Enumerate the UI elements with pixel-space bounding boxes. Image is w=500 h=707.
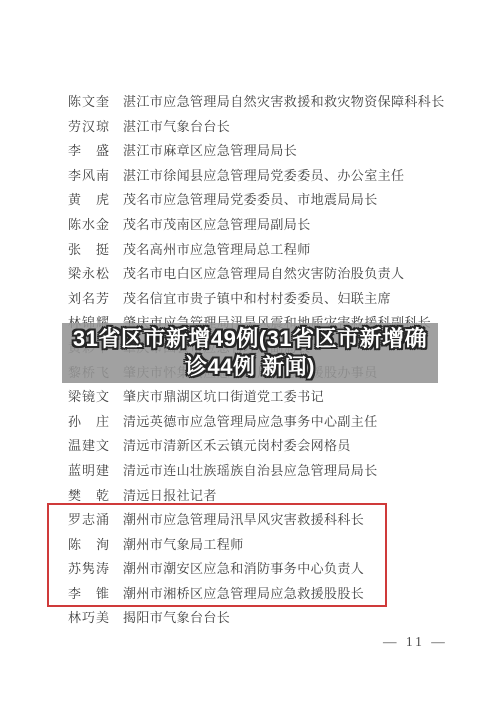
person-name: 陈文奎	[68, 90, 123, 115]
document-page: 陈文奎湛江市应急管理局自然灾害救援和救灾物资保障科科长 劳汉琼湛江市气象台台长 …	[0, 0, 500, 707]
page-number: — 11 —	[383, 634, 448, 650]
person-name: 李风南	[68, 164, 123, 189]
person-title: 潮州市气象局工程师	[123, 533, 244, 558]
list-item: 劳汉琼湛江市气象台台长	[0, 115, 500, 140]
person-title: 湛江市徐闻县应急管理局党委委员、办公室主任	[123, 164, 404, 189]
person-title: 清远市连山壮族瑶族自治县应急管理局局长	[123, 459, 378, 484]
list-item: 陈 洵潮州市气象局工程师	[0, 533, 500, 558]
person-title: 茂名市茂南区应急管理局副局长	[123, 213, 311, 238]
list-item: 梁镜文肇庆市鼎湖区坑口街道党工委书记	[0, 385, 500, 410]
person-name: 劳汉琼	[68, 115, 123, 140]
person-title: 揭阳市气象台台长	[123, 606, 230, 631]
list-item: 林巧美揭阳市气象台台长	[0, 606, 500, 631]
person-name: 林巧美	[68, 606, 123, 631]
person-name: 蓝明建	[68, 459, 123, 484]
person-title: 湛江市应急管理局自然灾害救援和救灾物资保障科科长	[123, 90, 445, 115]
person-title: 茂名高州市应急管理局总工程师	[123, 238, 311, 263]
person-name: 罗志涌	[68, 508, 123, 533]
overlay-title-line2: 诊44例 新闻)	[185, 353, 315, 381]
list-item: 李风南湛江市徐闻县应急管理局党委委员、办公室主任	[0, 164, 500, 189]
person-title: 潮州市应急管理局汛旱风灾害救援科科长	[123, 508, 364, 533]
person-name: 陈水金	[68, 213, 123, 238]
person-title: 肇庆市鼎湖区坑口街道党工委书记	[123, 385, 324, 410]
person-name: 李 盛	[68, 139, 123, 164]
news-overlay: 31省区市新增49例(31省区市新增确 诊44例 新闻)	[62, 323, 438, 383]
person-title: 清远市清新区禾云镇元岗村委会网格员	[123, 434, 351, 459]
list-item: 刘名芳茂名信宜市贵子镇中和村村委委员、妇联主席	[0, 287, 500, 312]
list-item: 樊 乾清远日报社记者	[0, 484, 500, 509]
person-title: 清远日报社记者	[123, 484, 217, 509]
person-name: 温建文	[68, 434, 123, 459]
list-item: 陈水金茂名市茂南区应急管理局副局长	[0, 213, 500, 238]
person-name: 樊 乾	[68, 484, 123, 509]
list-item: 张 挺茂名高州市应急管理局总工程师	[0, 238, 500, 263]
person-name: 孙 庄	[68, 410, 123, 435]
person-name: 黄 虎	[68, 188, 123, 213]
person-name: 张 挺	[68, 238, 123, 263]
person-name: 苏隽涛	[68, 557, 123, 582]
list-item: 苏隽涛潮州市潮安区应急和消防事务中心负责人	[0, 557, 500, 582]
list-item: 温建文清远市清新区禾云镇元岗村委会网格员	[0, 434, 500, 459]
overlay-title-line1: 31省区市新增49例(31省区市新增确	[73, 325, 427, 353]
person-name: 李 锥	[68, 582, 123, 607]
list-item: 李 锥潮州市湘桥区应急管理局应急救援股股长	[0, 582, 500, 607]
list-item: 陈文奎湛江市应急管理局自然灾害救援和救灾物资保障科科长	[0, 90, 500, 115]
person-title: 湛江市麻章区应急管理局局长	[123, 139, 297, 164]
person-name: 刘名芳	[68, 287, 123, 312]
list-item: 李 盛湛江市麻章区应急管理局局长	[0, 139, 500, 164]
list-item: 蓝明建清远市连山壮族瑶族自治县应急管理局局长	[0, 459, 500, 484]
list-item: 孙 庄清远英德市应急管理局应急事务中心副主任	[0, 410, 500, 435]
person-title: 茂名市电白区应急管理局自然灾害防治股负责人	[123, 262, 404, 287]
person-name: 陈 洵	[68, 533, 123, 558]
person-title: 清远英德市应急管理局应急事务中心副主任	[123, 410, 378, 435]
person-name: 梁镜文	[68, 385, 123, 410]
list-item: 黄 虎茂名市应急管理局党委委员、市地震局局长	[0, 188, 500, 213]
person-title: 湛江市气象台台长	[123, 115, 230, 140]
person-name: 梁永松	[68, 262, 123, 287]
list-item: 罗志涌潮州市应急管理局汛旱风灾害救援科科长	[0, 508, 500, 533]
list-item: 梁永松茂名市电白区应急管理局自然灾害防治股负责人	[0, 262, 500, 287]
person-title: 茂名市应急管理局党委委员、市地震局局长	[123, 188, 378, 213]
person-title: 潮州市潮安区应急和消防事务中心负责人	[123, 557, 364, 582]
person-title: 茂名信宜市贵子镇中和村村委委员、妇联主席	[123, 287, 391, 312]
person-title: 潮州市湘桥区应急管理局应急救援股股长	[123, 582, 364, 607]
